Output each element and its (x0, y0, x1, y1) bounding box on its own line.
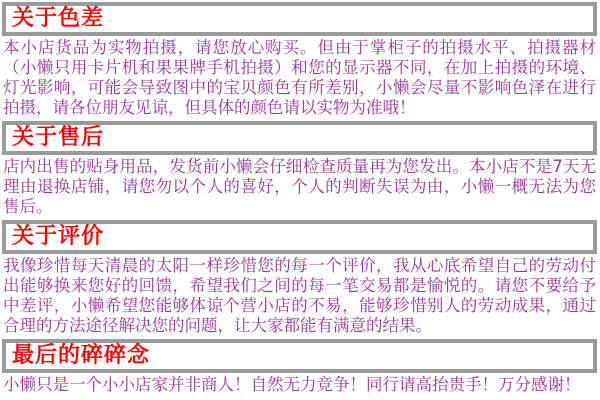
section-reviews: 关于评价 我像珍惜每天清晨的太阳一样珍惜您的每一个评价，我从心底希望自己的劳动付… (2, 220, 597, 336)
section-body-after-sales: 店内出售的贴身用品，发货前小懒会仔细检查质量再为您发出。本小店不是7天无理由退换… (3, 157, 596, 217)
store-notice-page: 关于色差 本小店货品为实物拍摄，请您放心购买。但由于掌柜子的拍摄水平、拍摄器材（… (0, 0, 600, 395)
section-body-reviews: 我像珍惜每天清晨的太阳一样珍惜您的每一个评价，我从心底希望自己的劳动付出能够换来… (3, 256, 596, 336)
section-title-color-difference: 关于色差 (2, 2, 597, 36)
section-color-difference: 关于色差 本小店货品为实物拍摄，请您放心购买。但由于掌柜子的拍摄水平、拍摄器材（… (2, 2, 597, 118)
section-body-final-note: 小懒只是一个小小店家并非商人！自然无力竞争！同行请高抬贵手！万分感谢！ (3, 375, 596, 395)
section-title-reviews: 关于评价 (2, 220, 597, 254)
section-body-color-difference: 本小店货品为实物拍摄，请您放心购买。但由于掌柜子的拍摄水平、拍摄器材（小懒只用卡… (3, 38, 596, 118)
section-title-final-note: 最后的碎碎念 (2, 339, 597, 373)
section-after-sales: 关于售后 店内出售的贴身用品，发货前小懒会仔细检查质量再为您发出。本小店不是7天… (2, 121, 597, 217)
section-final-note: 最后的碎碎念 小懒只是一个小小店家并非商人！自然无力竞争！同行请高抬贵手！万分感… (2, 339, 597, 395)
section-title-after-sales: 关于售后 (2, 121, 597, 155)
